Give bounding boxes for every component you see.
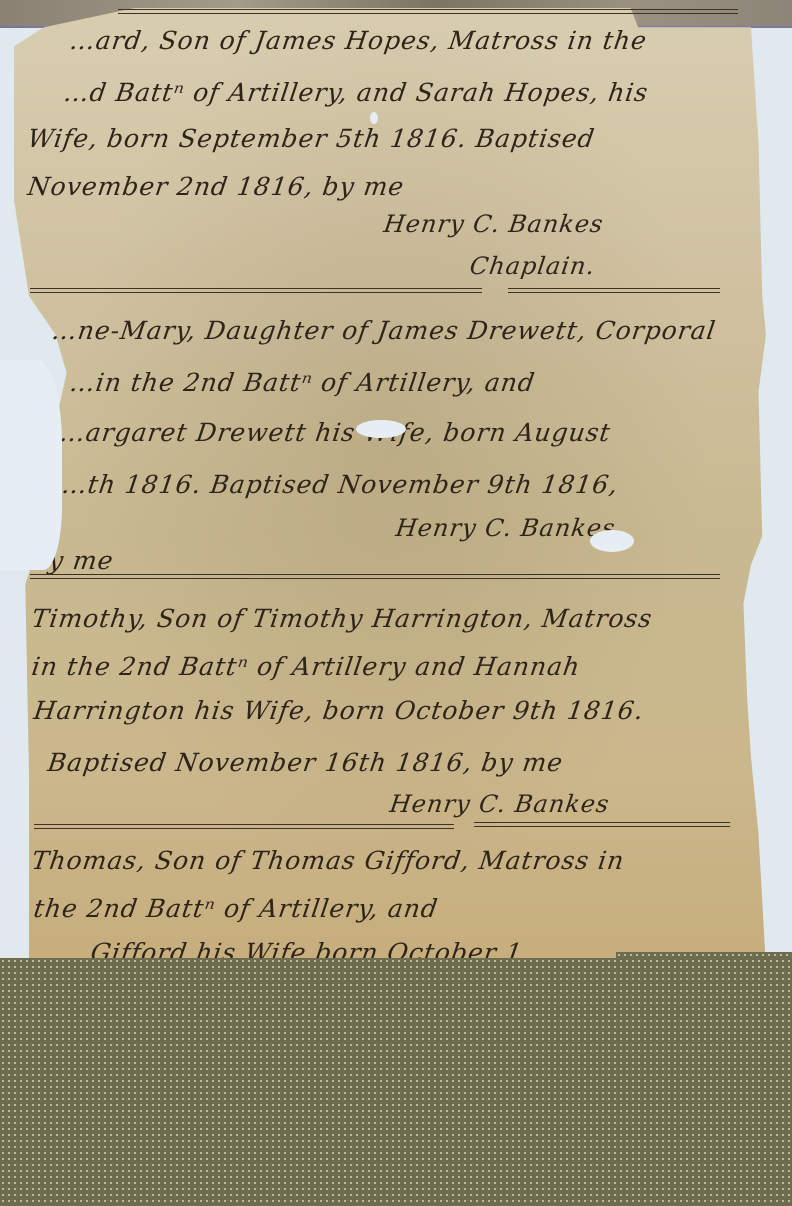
entry-text-line: in the 2nd Battⁿ of Artillery and Hannah <box>30 652 582 681</box>
paper-hole <box>356 420 406 438</box>
ruled-separator <box>30 574 720 579</box>
entry-text-line: …argaret Drewett his Wife, born August <box>58 418 613 447</box>
entry-text-line: Baptised November 16th 1816, by me <box>46 748 565 777</box>
paper-hole <box>0 360 62 570</box>
entry-text-line: the 2nd Battⁿ of Artillery, and <box>32 894 440 923</box>
chaplain-signature: Henry C. Bankes <box>382 210 605 238</box>
entry-text-line: …in the 2nd Battⁿ of Artillery, and <box>68 368 537 397</box>
entry-text-line: …ard, Son of James Hopes, Matross in the <box>68 26 649 55</box>
ruled-separator <box>118 9 738 14</box>
signature-title: Chaplain. <box>468 252 597 280</box>
chaplain-signature: Henry C. Bankes <box>388 790 611 818</box>
paper-hole <box>590 530 634 552</box>
ruled-separator <box>474 822 730 827</box>
ruled-separator <box>30 288 482 293</box>
entry-text-line: Harrington his Wife, born October 9th 18… <box>32 696 646 725</box>
entry-text-line: …ne-Mary, Daughter of James Drewett, Cor… <box>50 316 718 345</box>
entry-text-line: Wife, born September 5th 1816. Baptised <box>26 124 597 153</box>
entry-text-line: November 2nd 1816, by me <box>26 172 406 201</box>
ruled-separator <box>508 288 720 293</box>
entry-text-line: …d Battⁿ of Artillery, and Sarah Hopes, … <box>62 78 650 107</box>
redaction-mask <box>0 958 792 1206</box>
paper-hole <box>370 112 378 124</box>
entry-text-line: Thomas, Son of Thomas Gifford, Matross i… <box>30 846 627 875</box>
entry-text-line: …th 1816. Baptised November 9th 1816, <box>60 470 620 499</box>
entry-text-line: Timothy, Son of Timothy Harrington, Matr… <box>30 604 654 633</box>
ruled-separator <box>34 824 454 829</box>
chaplain-signature: Henry C. Bankes <box>394 514 617 542</box>
